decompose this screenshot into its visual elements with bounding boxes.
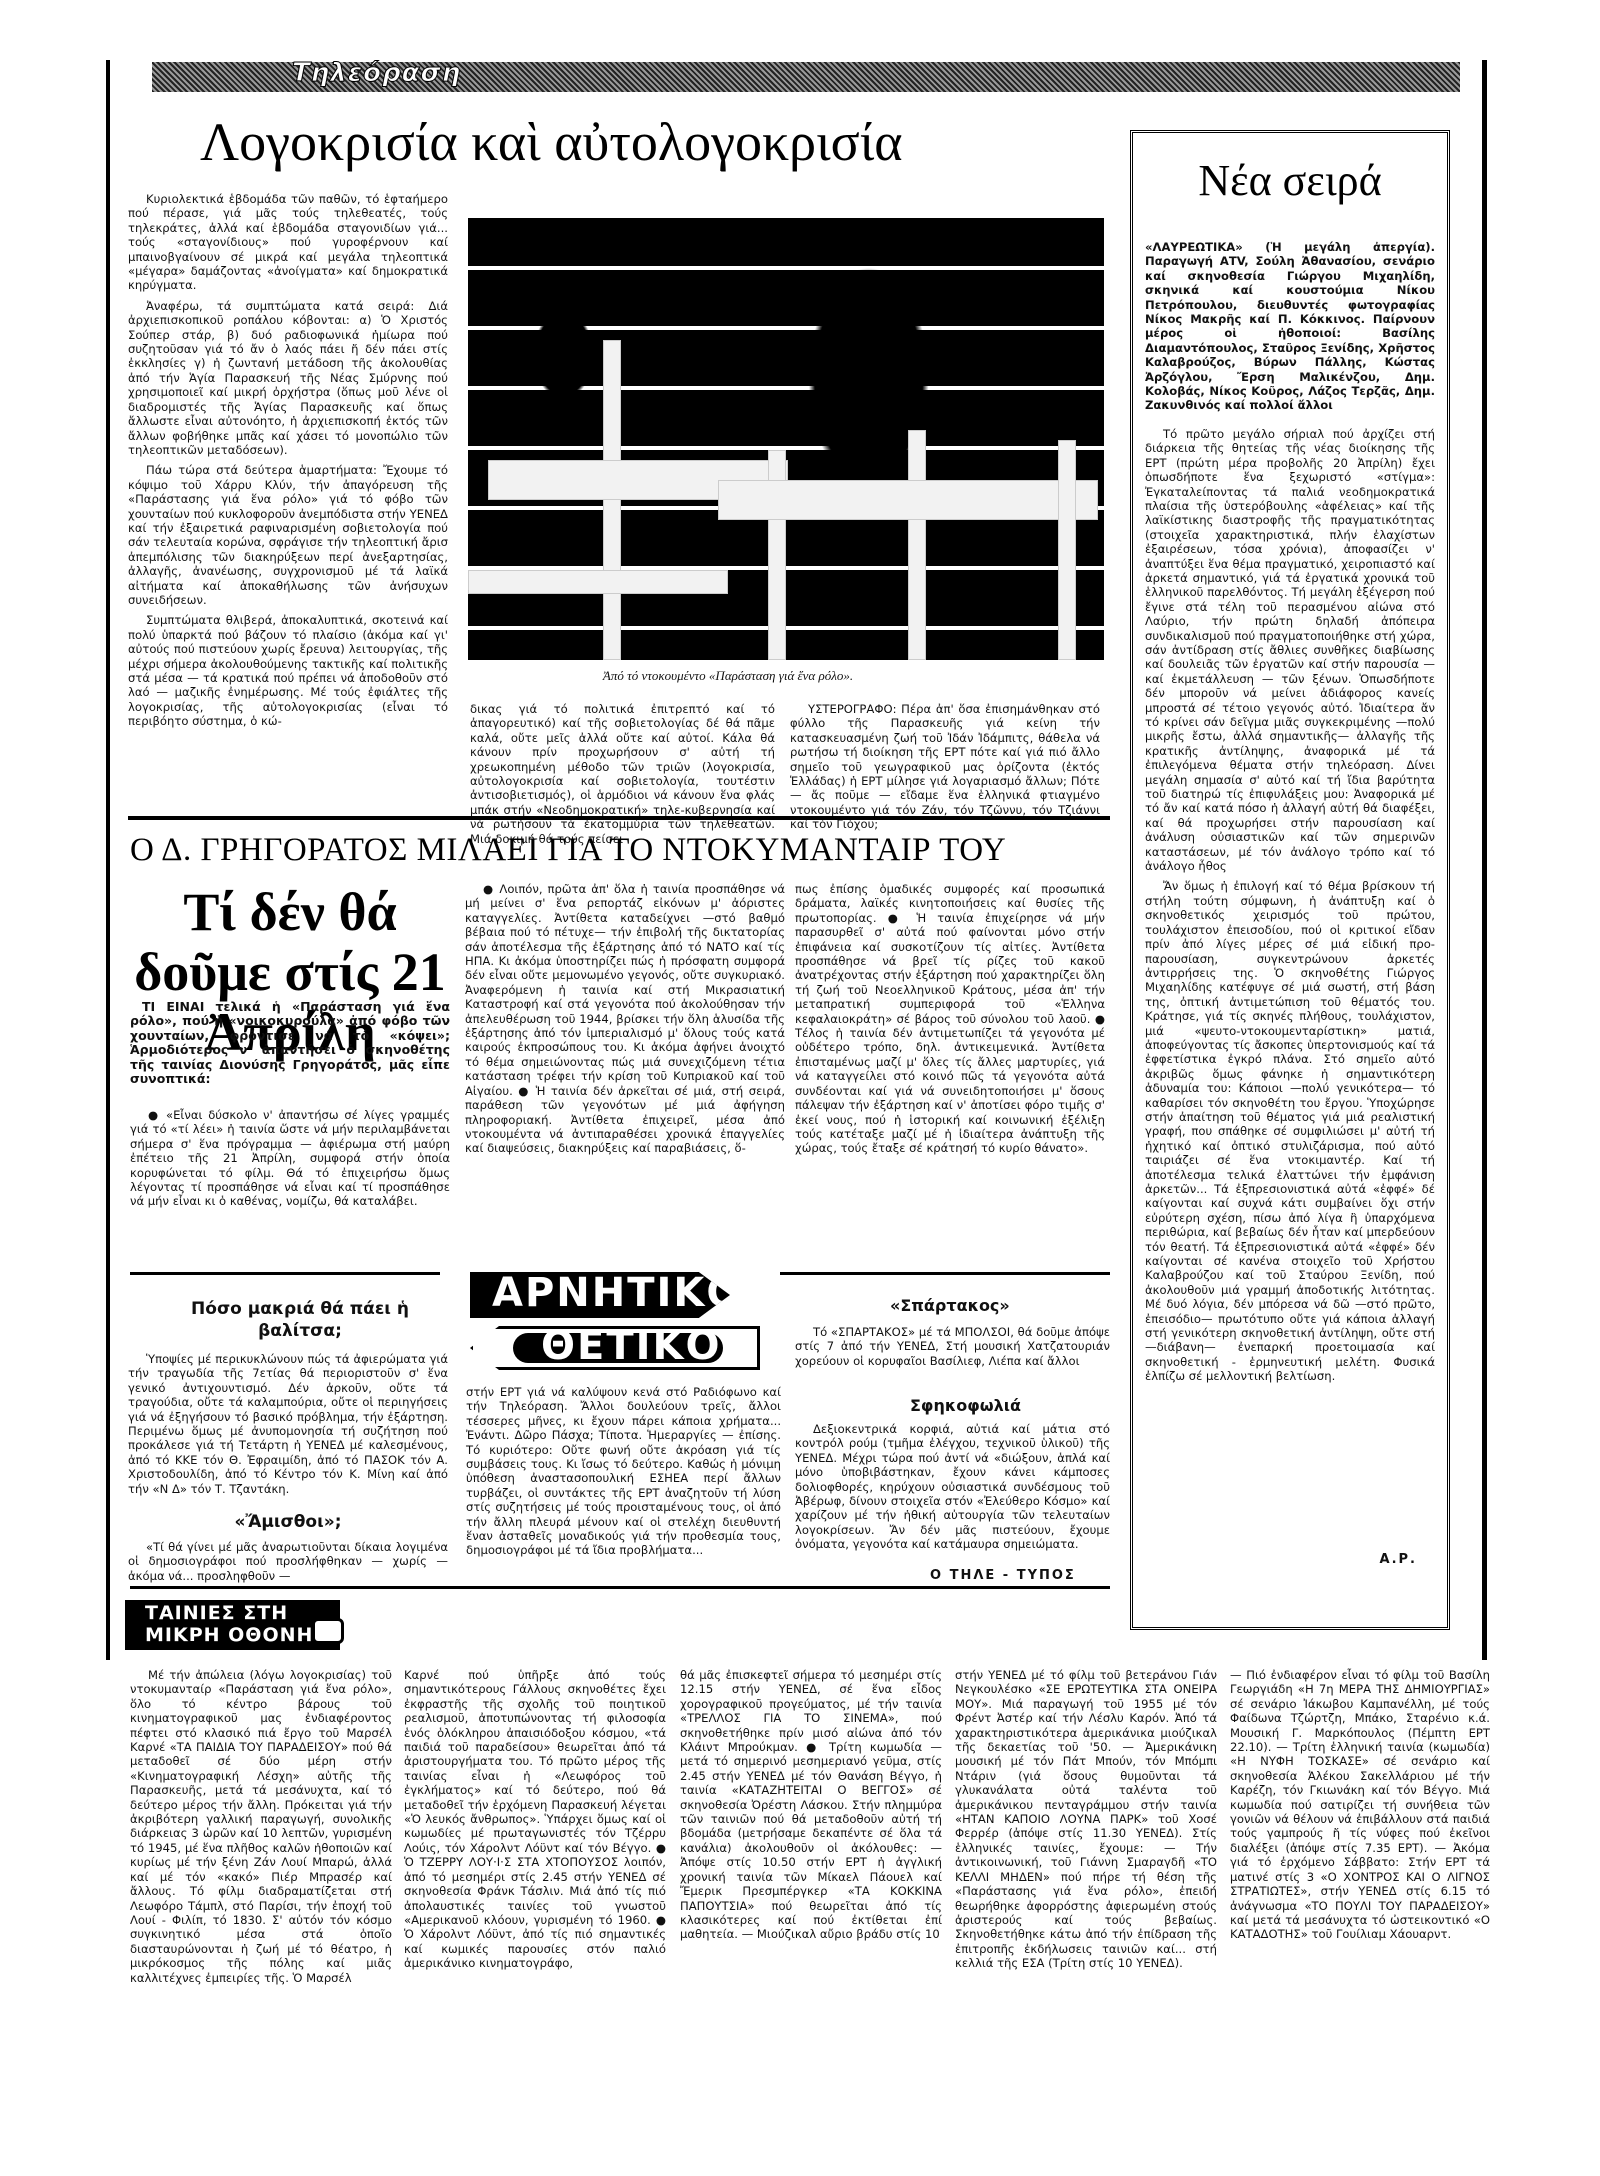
section-divider — [130, 1272, 440, 1275]
spartacus-headline: «Σπάρτακος» — [800, 1296, 1110, 1315]
tv-screen-icon — [312, 1618, 344, 1644]
main-article-para: Συμπτώματα θλιβερά, ἀποκαλυπτικά, σκοτει… — [128, 613, 448, 728]
sidebar-para: Τό πρῶτο μεγάλο σήριαλ πού ἀρχίζει στή δ… — [1145, 427, 1435, 874]
suitcase-headline: Πόσο μακριά θά πάει ἡ βαλίτσα; — [160, 1298, 440, 1342]
spartacus-body: Τό «ΣΠΑΡΤΑΚΟΣ» μέ τά ΜΠΟΛΣΟΙ, θά δοῦμε ἀ… — [795, 1325, 1110, 1368]
sidebar-review-box: Νέα σειρά «ΛΑΥΡΕΩΤΙΚΑ» (Ἡ μεγάλη ἀπεργία… — [1130, 130, 1450, 1630]
interview-lead: ΤΙ ΕΙΝΑΙ τελικά ἡ «Παράσταση γιά ἕνα ρόλ… — [130, 1000, 450, 1086]
main-article-para: Πάω τώρα στά δεύτερα ἁμαρτήματα: Ἔχουμε … — [128, 463, 448, 607]
small-screen-banner: ΤΑΙΝΙΕΣ ΣΤΗ ΜΙΚΡΗ ΟΘΟΝΗ — [125, 1600, 340, 1650]
spartacus-subhead: Σφηκοφωλιά — [800, 1396, 1110, 1415]
small-screen-label-line2: ΜΙΚΡΗ ΟΘΟΝΗ — [145, 1624, 313, 1646]
positive-label: ΘΕΤΙΚΟ — [541, 1323, 722, 1369]
sidebar-para: Ἄν ὅμως ἡ ἐπιλογή καί τό θέμα βρίσκουν τ… — [1145, 879, 1435, 1383]
arnitiko-thetiko-body: στήν ΕΡΤ γιά νά καλύψουν κενά στό Ραδιόφ… — [466, 1385, 781, 1558]
sidebar-credits: «ΛΑΥΡΕΩΤΙΚΑ» (Ἡ μεγάλη ἀπεργία). Παραγωγ… — [1145, 240, 1435, 413]
spartacus-body2: Δεξιοκεντρικά κορφιά, αὐτιά καί μάτια στ… — [795, 1422, 1110, 1552]
suitcase-body: Ὑποψίες μέ περικυκλώνουν πώς τά ἀφιερώμα… — [128, 1352, 448, 1496]
main-article-para: Κυριολεκτικά ἑβδομάδα τῶν παθῶν, τό ἑφτα… — [128, 192, 448, 293]
photo-caption: Ἀπό τό ντοκουμέντο «Παράσταση γιά ἕνα ρό… — [468, 668, 988, 684]
small-screen-col4: στήν ΥΕΝΕΔ μέ τό φίλμ τοῦ βετεράνου Γιάν… — [955, 1668, 1217, 1971]
right-margin-rule — [1482, 60, 1487, 1660]
sidebar-headline: Νέα σειρά — [1145, 155, 1435, 206]
interview-col1: ● «Εἶναι δύσκολο ν' ἀπαντήσω σέ λίγες γρ… — [130, 1108, 450, 1209]
main-article-col2: δικας γιά τό πολιτικά ἐπιτρεπτό καί τό ἀ… — [470, 702, 775, 846]
small-screen-col1: Μέ τήν ἀπώλεια (λόγω λογοκρισίας) τοῦ ντ… — [130, 1668, 392, 1985]
section-banner: Τηλεόραση — [152, 62, 1460, 92]
section-divider — [780, 1272, 1110, 1275]
small-screen-col2: Καρνέ πού ὑπῆρξε ἀπό τούς σημαντικότερου… — [404, 1668, 666, 1971]
small-screen-col5: — Πιό ἐνδιαφέρον εἶναι τό φίλμ τοῦ Βασίλ… — [1230, 1668, 1490, 1942]
interview-headline: Ο Δ. ΓΡΗΓΟΡΑΤΟΣ ΜΙΛΑΕΙ ΓΙΑ ΤΟ ΝΤΟΚΥΜΑΝΤΑ… — [130, 832, 1110, 869]
section-divider — [130, 1586, 1110, 1589]
small-screen-col3: θά μᾶς ἐπισκεφτεῖ σήμερα τό μεσημέρι στί… — [680, 1668, 942, 1942]
interview-col3: πως ἐπίσης ὁμαδικές συμφορές καί προσωπι… — [795, 882, 1105, 1156]
suitcase-body2: «Τί θά γίνει μέ μᾶς ἀναρωτιοῦνται δίκαια… — [128, 1540, 448, 1583]
negative-label: ΑΡΝΗΤΙΚΟ — [492, 1270, 742, 1316]
left-margin-rule — [106, 60, 110, 1660]
spartacus-signature: Ο ΤΗΛΕ - ΤΥΠΟΣ — [930, 1568, 1076, 1583]
documentary-photo — [468, 190, 1104, 660]
main-headline: Λογοκρισία καὶ αὐτολογοκρισία — [200, 112, 1020, 172]
interview-col2: ● Λοιπόν, πρῶτα ἀπ' ὅλα ἡ ταινία προσπάθ… — [465, 882, 785, 1156]
main-article-postscript: ΥΣΤΕΡΟΓΡΑΦΟ: Πέρα ἀπ' ὅσα ἐπισημάνθηκαν … — [790, 702, 1100, 832]
section-divider — [128, 816, 1110, 820]
positive-arrow-banner: ΘΕΤΙΚΟ — [470, 1326, 760, 1370]
small-screen-label-line1: ΤΑΙΝΙΕΣ ΣΤΗ — [145, 1602, 288, 1624]
negative-arrow-banner: ΑΡΝΗΤΙΚΟ — [470, 1272, 730, 1318]
section-banner-label: Τηλεόραση — [292, 58, 461, 88]
main-article-para: Ἀναφέρω, τά συμπτώματα κατά σειρά: Διά ἀ… — [128, 299, 448, 457]
sidebar-signature: Α.Ρ. — [1380, 1552, 1417, 1567]
main-article-col1: Κυριολεκτικά ἑβδομάδα τῶν παθῶν, τό ἑφτα… — [128, 192, 448, 735]
suitcase-subhead: «Ἄμισθοι»; — [128, 1512, 448, 1532]
